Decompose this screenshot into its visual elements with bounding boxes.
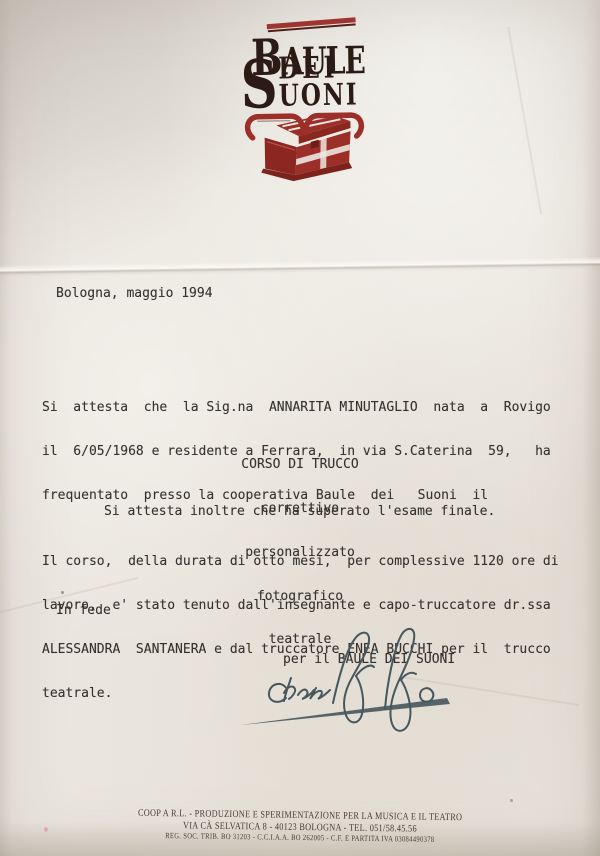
closing-line: In fede [56,604,111,619]
paragraph-line: Il corso, della durata di otto mesi, per… [42,555,559,570]
scanned-letter-page: BAULE S DEI UONI Bologna, m [0,0,600,856]
paragraph-line: lavoro, e' stato tenuto dall'insegnante … [42,599,559,614]
fold-crease [0,257,600,278]
signature-autograph [235,627,575,735]
dateline: Bologna, maggio 1994 [56,287,213,302]
paragraph-line: Si attesta che la Sig.na ANNARITA MINUTA… [42,401,551,416]
logo-initial-s: S [240,56,278,114]
brace-icon [243,106,366,144]
letterhead-logo: BAULE S DEI UONI [0,0,600,205]
logo-column: DEI UONI [278,55,359,110]
exam-attestation-line: Si attesta inoltre che ha superato l'esa… [104,505,495,520]
paper-speck [510,799,513,802]
course-title: CORSO DI TRUCCO [0,458,600,473]
letterhead-footer: COOP A R.L. - PRODUZIONE E SPERIMENTAZIO… [0,806,600,847]
